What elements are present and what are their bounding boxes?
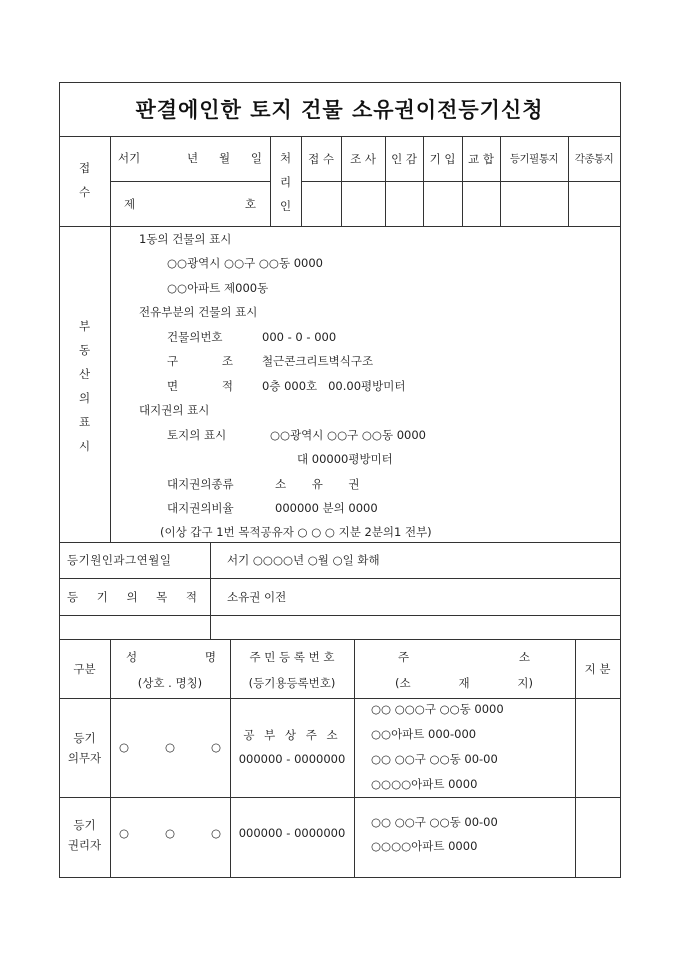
party-type: 등기 의무자 (59, 728, 110, 768)
header-addr-char: (소 (395, 676, 411, 690)
land-address: ○○광역시 ○○구 ○○동 0000 (270, 428, 426, 442)
col-reception: 접 수 (301, 152, 341, 166)
divider (59, 639, 621, 640)
name-placeholder: ○ (211, 826, 221, 840)
party-addr-line: ○○○○아파트 0000 (371, 777, 477, 791)
building-address: ○○광역시 ○○구 ○○동 0000 (167, 256, 323, 270)
property-label-char: 의 (59, 386, 110, 410)
divider (110, 181, 270, 182)
reception-label-char: 수 (59, 184, 110, 200)
party-name: ○ ○ ○ (119, 826, 221, 840)
year-label: 년 (187, 151, 198, 165)
purpose-label: 등기의목적 (67, 590, 197, 604)
divider (500, 136, 501, 226)
header-id-top: 주 민 등 록 번 호 (230, 650, 354, 664)
era-label: 서기 (118, 151, 140, 165)
party-id: 000000 - 0000000 (230, 752, 354, 766)
col-seal: 인 감 (385, 152, 423, 166)
building-name: ○○아파트 제000동 (167, 281, 268, 295)
area-value: 0층 000호 00.00평방미터 (262, 379, 405, 393)
name-placeholder: ○ (119, 826, 129, 840)
party-addr-line: ○○ ○○구 ○○동 00-00 (371, 815, 498, 829)
cause-label: 등기원인과그연월일 (67, 553, 203, 567)
header-addr-char: 지) (517, 676, 533, 690)
number-prefix: 제 (124, 197, 135, 211)
purpose-value: 소유권 이전 (227, 590, 286, 604)
party-type-line: 등기 (59, 815, 110, 835)
col-check: 교 합 (462, 152, 500, 166)
unit-heading: 전유부분의 건물의 표시 (139, 305, 257, 319)
structure-value: 철근콘크리트벽식구조 (262, 354, 373, 368)
divider (423, 136, 424, 226)
processor-label: 처 리 인 (270, 146, 301, 218)
land-right-ratio-label: 대지권의비율 (167, 501, 234, 515)
month-label: 월 (219, 151, 230, 165)
header-name-bottom: (상호 . 명칭) (110, 676, 230, 690)
header-id-bottom: (등기용등록번호) (230, 676, 354, 690)
land-right-ratio-value: 000000 분의 0000 (275, 501, 378, 515)
party-addr-line: ○○○○아파트 0000 (371, 839, 477, 853)
header-type: 구분 (59, 662, 110, 676)
name-placeholder: ○ (165, 740, 175, 754)
col-various-notice: 각종통지 (568, 152, 620, 166)
land-right-type-label: 대지권의종류 (167, 477, 234, 491)
day-label: 일 (251, 151, 262, 165)
divider (301, 181, 620, 182)
property-label-char: 동 (59, 338, 110, 362)
party-type-line: 의무자 (59, 748, 110, 768)
divider (59, 542, 621, 543)
processor-char: 리 (270, 170, 301, 194)
divider (110, 226, 111, 542)
party-addr-line: ○○아파트 000-000 (371, 727, 476, 741)
divider (59, 136, 621, 137)
property-label-char: 시 (59, 434, 110, 458)
number-suffix: 호 (245, 197, 256, 211)
party-addr-line: ○○ ○○구 ○○동 00-00 (371, 752, 498, 766)
divider (354, 639, 355, 877)
divider (59, 226, 621, 227)
divider (301, 136, 302, 226)
name-placeholder: ○ (165, 826, 175, 840)
header-addr-bottom: (소 재 지) (395, 676, 533, 690)
divider (59, 797, 621, 798)
processor-char: 처 (270, 146, 301, 170)
header-share: 지 분 (575, 662, 620, 676)
party-addr-line: ○○ ○○○구 ○○동 0000 (371, 702, 504, 716)
header-name-char: 명 (205, 650, 216, 664)
land-right-type-value: 소 유 권 (275, 477, 360, 491)
header-addr-char: 주 (398, 650, 409, 664)
border-bottom (59, 877, 621, 878)
col-review: 조 사 (341, 152, 385, 166)
border-right (620, 82, 621, 878)
col-completion-notice: 등기필통지 (500, 152, 568, 166)
divider (341, 136, 342, 226)
building-heading: 1동의 건물의 표시 (139, 232, 231, 246)
divider (59, 698, 621, 699)
party-type: 등기 권리자 (59, 815, 110, 855)
divider (210, 542, 211, 639)
party-id: 000000 - 0000000 (230, 826, 354, 840)
divider (568, 136, 569, 226)
divider (59, 578, 621, 579)
header-addr-char: 소 (519, 650, 530, 664)
share-note: (이상 갑구 1번 목적공유자 ○ ○ ○ 지분 2분의1 전부) (160, 525, 432, 539)
property-label-char: 부 (59, 314, 110, 338)
land-label: 토지의 표시 (167, 428, 226, 442)
land-heading: 대지권의 표시 (139, 403, 209, 417)
party-name: ○ ○ ○ (119, 740, 221, 754)
reception-label: 접 수 (59, 160, 110, 200)
divider (385, 136, 386, 226)
divider (110, 136, 111, 226)
divider (110, 639, 111, 877)
name-placeholder: ○ (119, 740, 129, 754)
party-id-note: 공 부 상 주 소 (230, 728, 354, 742)
land-area: 대 00000평방미터 (297, 452, 393, 466)
header-name-char: 성 (126, 650, 137, 664)
header-name-top: 성 명 (126, 650, 216, 664)
processor-char: 인 (270, 194, 301, 218)
property-label-char: 산 (59, 362, 110, 386)
property-label: 부 동 산 의 표 시 (59, 314, 110, 458)
property-label-char: 표 (59, 410, 110, 434)
unit-number-value: 000 - 0 - 000 (262, 330, 336, 344)
reception-number: 제 호 (124, 197, 256, 211)
col-entry: 기 입 (423, 152, 462, 166)
divider (462, 136, 463, 226)
party-type-line: 등기 (59, 728, 110, 748)
reception-label-char: 접 (59, 160, 110, 176)
divider (59, 615, 621, 616)
reception-date: 서기 년 월 일 (118, 151, 262, 165)
cause-value: 서기 ○○○○년 ○월 ○일 화해 (227, 553, 380, 567)
form-title: 판결에인한 토지 건물 소유권이전등기신청 (59, 82, 620, 136)
header-addr-top: 주 소 (398, 650, 530, 664)
structure-label: 구조 (167, 354, 233, 368)
party-type-line: 권리자 (59, 835, 110, 855)
name-placeholder: ○ (211, 740, 221, 754)
unit-number-label: 건물의번호 (167, 330, 223, 344)
area-label: 면적 (167, 379, 233, 393)
header-addr-char: 재 (458, 676, 469, 690)
